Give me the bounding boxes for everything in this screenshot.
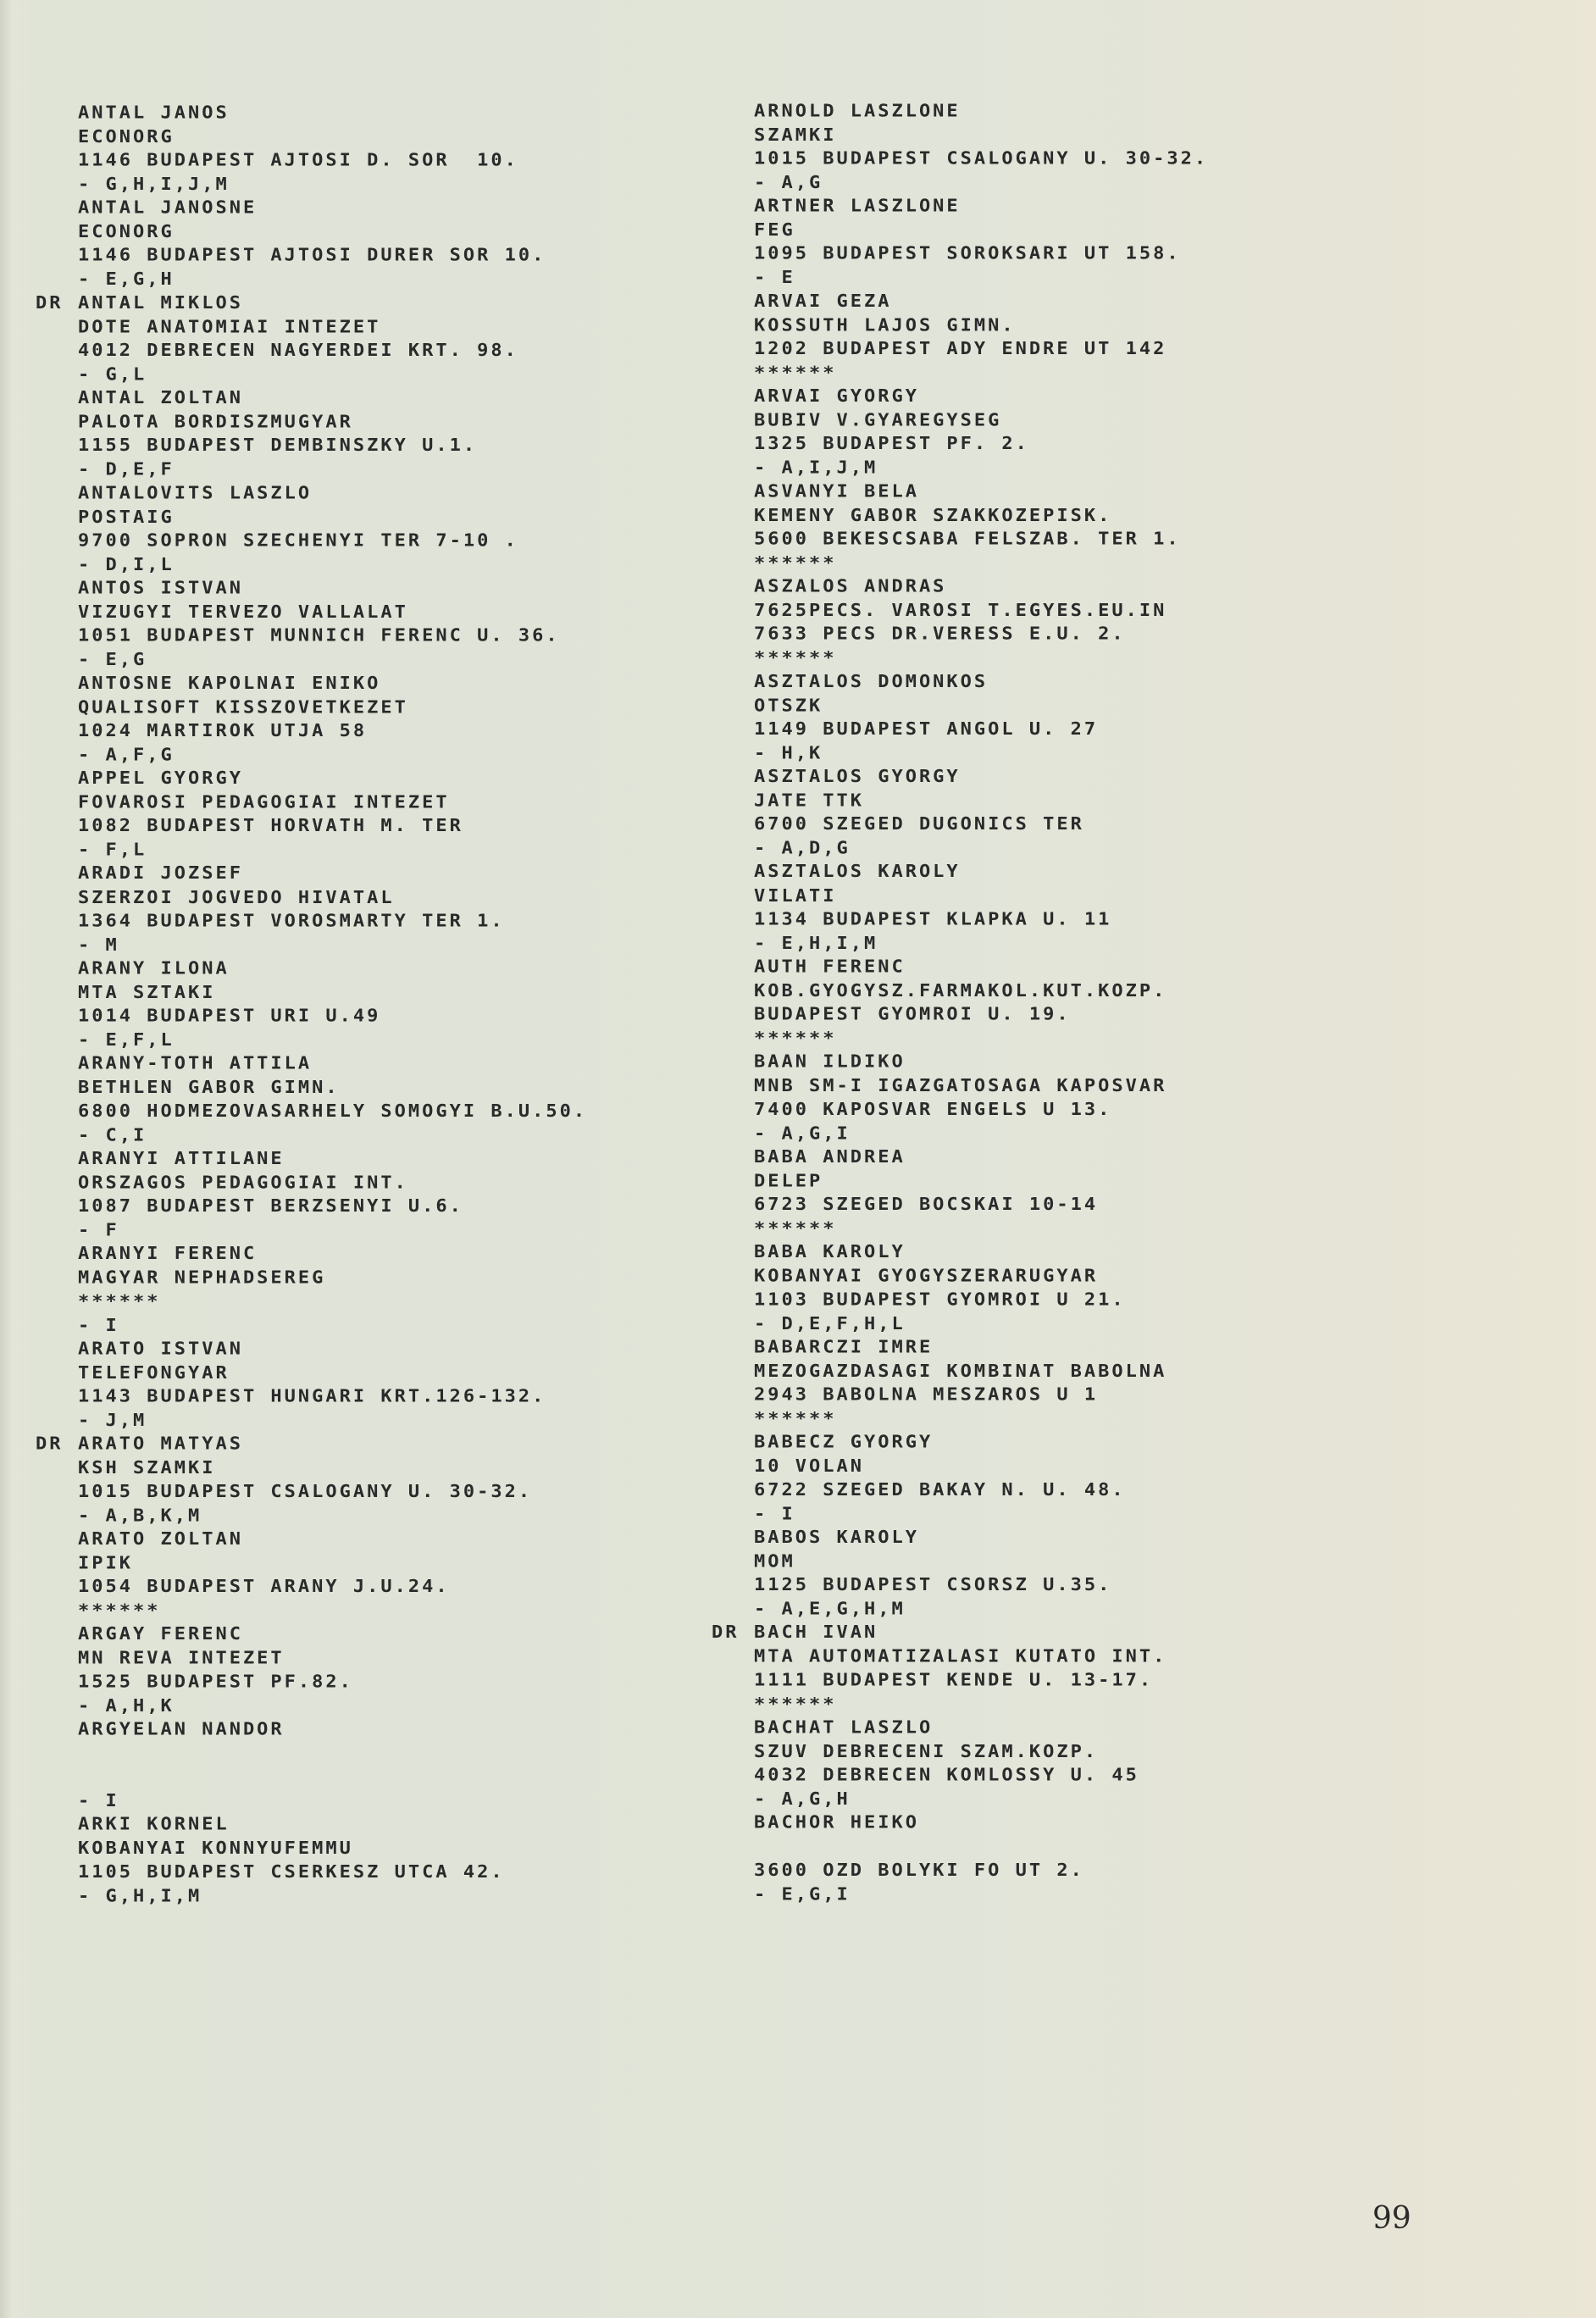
entry-organization: JATE TTK bbox=[754, 790, 1516, 813]
directory-entry: ARANY-TOTH ATTILABETHLEN GABOR GIMN.6800… bbox=[78, 1052, 722, 1147]
entry-organization: KOBANYAI KONNYUFEMMU bbox=[78, 1837, 722, 1860]
directory-entry: AUTH FERENCKOB.GYOGYSZ.FARMAKOL.KUT.KOZP… bbox=[754, 956, 1516, 1051]
entry-name: ARVAI GYORGY bbox=[754, 385, 1516, 409]
entry-name: ARKI KORNEL bbox=[78, 1813, 722, 1837]
entry-address: 1015 BUDAPEST CSALOGANY U. 30-32. bbox=[754, 147, 1516, 171]
entry-organization: KSH SZAMKI bbox=[78, 1456, 722, 1480]
directory-entry: ARGYELAN NANDOR- I bbox=[78, 1718, 722, 1813]
directory-entry: BACHAT LASZLOSZUV DEBRECENI SZAM.KOZP.40… bbox=[754, 1716, 1516, 1811]
entry-name: AUTH FERENC bbox=[754, 956, 1516, 979]
entry-address: 7633 PECS DR.VERESS E.U. 2. bbox=[754, 623, 1516, 646]
person-name: ASVANYI BELA bbox=[754, 482, 919, 502]
directory-entry: BABA KAROLYKOBANYAI GYOGYSZERARUGYAR1103… bbox=[754, 1241, 1516, 1336]
directory-entry: ARVAI GEZAKOSSUTH LAJOS GIMN.1202 BUDAPE… bbox=[754, 290, 1516, 385]
entry-name: DRBACH IVAN bbox=[754, 1622, 1516, 1645]
entry-codes: ****** bbox=[78, 1600, 722, 1623]
entry-organization: KOB.GYOGYSZ.FARMAKOL.KUT.KOZP. bbox=[754, 979, 1516, 1003]
directory-column-left: ANTAL JANOSECONORG1146 BUDAPEST AJTOSI D… bbox=[78, 102, 722, 1909]
entry-codes: - D,E,F bbox=[78, 458, 722, 482]
entry-organization: TELEFONGYAR bbox=[78, 1361, 722, 1385]
entry-organization: VIZUGYI TERVEZO VALLALAT bbox=[78, 601, 722, 624]
entry-address: 3600 OZD BOLYKI FO UT 2. bbox=[754, 1859, 1516, 1883]
entry-codes: - A,I,J,M bbox=[754, 457, 1516, 480]
person-name: ARATO ZOLTAN bbox=[78, 1529, 243, 1549]
entry-organization bbox=[754, 1835, 1516, 1859]
entry-name: BACHOR HEIKO bbox=[754, 1811, 1516, 1835]
entry-codes: - A,H,K bbox=[78, 1694, 722, 1718]
entry-codes: - D,E,F,H,L bbox=[754, 1312, 1516, 1336]
entry-organization: MNB SM-I IGAZGATOSAGA KAPOSVAR bbox=[754, 1074, 1516, 1098]
entry-address: 1095 BUDAPEST SOROKSARI UT 158. bbox=[754, 242, 1516, 266]
entry-codes: - A,F,G bbox=[78, 744, 722, 768]
entry-codes: - A,G bbox=[754, 171, 1516, 195]
entry-address: 4012 DEBRECEN NAGYERDEI KRT. 98. bbox=[78, 340, 722, 363]
directory-entry: ARGAY FERENCMN REVA INTEZET1525 BUDAPEST… bbox=[78, 1623, 722, 1718]
entry-name: ANTOSNE KAPOLNAI ENIKO bbox=[78, 672, 722, 696]
person-name: ARNOLD LASZLONE bbox=[754, 102, 961, 121]
person-name: ARGYELAN NANDOR bbox=[78, 1720, 285, 1739]
entry-codes: - F bbox=[78, 1219, 722, 1243]
entry-organization bbox=[78, 1742, 722, 1766]
entry-codes: ****** bbox=[754, 1693, 1516, 1716]
entry-address: 9700 SOPRON SZECHENYI TER 7-10 . bbox=[78, 530, 722, 553]
person-name: BABOS KAROLY bbox=[754, 1528, 919, 1547]
entry-name: DRANTAL MIKLOS bbox=[78, 291, 722, 315]
entry-organization: MOM bbox=[754, 1550, 1516, 1574]
directory-entry: DRANTAL MIKLOSDOTE ANATOMIAI INTEZET4012… bbox=[78, 291, 722, 386]
entry-name: ARATO ZOLTAN bbox=[78, 1528, 722, 1552]
directory-entry: BAAN ILDIKOMNB SM-I IGAZGATOSAGA KAPOSVA… bbox=[754, 1051, 1516, 1145]
entry-address: 1082 BUDAPEST HORVATH M. TER bbox=[78, 815, 722, 839]
entry-address: 5600 BEKESCSABA FELSZAB. TER 1. bbox=[754, 528, 1516, 552]
entry-organization: MEZOGAZDASAGI KOMBINAT BABOLNA bbox=[754, 1360, 1516, 1384]
entry-name: BABOS KAROLY bbox=[754, 1527, 1516, 1550]
entry-organization: SZERZOI JOGVEDO HIVATAL bbox=[78, 886, 722, 910]
entry-address: ****** bbox=[78, 1290, 722, 1314]
entry-address: 6723 SZEGED BOCSKAI 10-14 bbox=[754, 1194, 1516, 1217]
entry-organization: MTA SZTAKI bbox=[78, 981, 722, 1005]
directory-entry: ANTAL JANOSNEECONORG1146 BUDAPEST AJTOSI… bbox=[78, 197, 722, 291]
entry-address: 1125 BUDAPEST CSORSZ U.35. bbox=[754, 1574, 1516, 1598]
entry-name: ASZTALOS GYORGY bbox=[754, 766, 1516, 790]
entry-organization: SZAMKI bbox=[754, 124, 1516, 147]
entry-codes: - E,G,I bbox=[754, 1883, 1516, 1907]
entry-address: 1143 BUDAPEST HUNGARI KRT.126-132. bbox=[78, 1385, 722, 1409]
directory-entry: ARANY ILONAMTA SZTAKI1014 BUDAPEST URI U… bbox=[78, 957, 722, 1052]
entry-address: 1111 BUDAPEST KENDE U. 13-17. bbox=[754, 1669, 1516, 1693]
person-name: ARVAI GYORGY bbox=[754, 387, 919, 407]
entry-organization: PALOTA BORDISZMUGYAR bbox=[78, 411, 722, 435]
entry-address: 1103 BUDAPEST GYOMROI U 21. bbox=[754, 1289, 1516, 1312]
entry-organization: SZUV DEBRECENI SZAM.KOZP. bbox=[754, 1740, 1516, 1764]
entry-address: 1202 BUDAPEST ADY ENDRE UT 142 bbox=[754, 338, 1516, 362]
directory-entry: ASVANYI BELAKEMENY GABOR SZAKKOZEPISK.56… bbox=[754, 480, 1516, 575]
person-name: ANTAL ZOLTAN bbox=[78, 389, 243, 408]
entry-name: BABARCZI IMRE bbox=[754, 1336, 1516, 1360]
entry-address: 1014 BUDAPEST URI U.49 bbox=[78, 1005, 722, 1029]
entry-codes: - I bbox=[78, 1789, 722, 1813]
entry-name: BABA KAROLY bbox=[754, 1241, 1516, 1265]
entry-address: 1024 MARTIROK UTJA 58 bbox=[78, 720, 722, 744]
entry-codes: - A,E,G,H,M bbox=[754, 1598, 1516, 1622]
person-name: BABARCZI IMRE bbox=[754, 1338, 933, 1357]
person-name: ARANYI ATTILANE bbox=[78, 1149, 285, 1168]
entry-name: ARGAY FERENC bbox=[78, 1623, 722, 1647]
entry-organization: DOTE ANATOMIAI INTEZET bbox=[78, 316, 722, 340]
person-name: ANTALOVITS LASZLO bbox=[78, 484, 312, 503]
entry-address bbox=[78, 1766, 722, 1789]
person-name: ARADI JOZSEF bbox=[78, 864, 243, 884]
person-name: ARATO MATYAS bbox=[78, 1434, 243, 1454]
entry-address: 4032 DEBRECEN KOMLOSSY U. 45 bbox=[754, 1764, 1516, 1788]
entry-address: 1155 BUDAPEST DEMBINSZKY U.1. bbox=[78, 435, 722, 458]
directory-entry: ARANYI ATTILANEORSZAGOS PEDAGOGIAI INT.1… bbox=[78, 1148, 722, 1243]
entry-address: 2943 BABOLNA MESZAROS U 1 bbox=[754, 1384, 1516, 1407]
entry-name: BABECZ GYORGY bbox=[754, 1431, 1516, 1455]
entry-name: DRARATO MATYAS bbox=[78, 1433, 722, 1456]
person-name: BACH IVAN bbox=[754, 1623, 878, 1643]
entry-codes: - D,I,L bbox=[78, 553, 722, 577]
entry-codes: - M bbox=[78, 934, 722, 957]
directory-entry: ARANYI FERENCMAGYAR NEPHADSEREG******- I bbox=[78, 1243, 722, 1338]
entry-address: 6700 SZEGED DUGONICS TER bbox=[754, 813, 1516, 837]
entry-codes: - G,L bbox=[78, 363, 722, 387]
entry-address: 1364 BUDAPEST VOROSMARTY TER 1. bbox=[78, 910, 722, 934]
entry-name: BACHAT LASZLO bbox=[754, 1716, 1516, 1740]
person-name: ARANY ILONA bbox=[78, 959, 230, 979]
entry-organization: FEG bbox=[754, 219, 1516, 242]
entry-organization: ECONORG bbox=[78, 125, 722, 149]
entry-codes: - E bbox=[754, 266, 1516, 290]
directory-entry: BABOS KAROLYMOM1125 BUDAPEST CSORSZ U.35… bbox=[754, 1527, 1516, 1622]
directory-entry: ANTOSNE KAPOLNAI ENIKOQUALISOFT KISSZOVE… bbox=[78, 672, 722, 767]
entry-organization: 7625PECS. VAROSI T.EGYES.EU.IN bbox=[754, 599, 1516, 623]
entry-name: ASZTALOS DOMONKOS bbox=[754, 670, 1516, 694]
directory-entry: BABA ANDREADELEP6723 SZEGED BOCSKAI 10-1… bbox=[754, 1146, 1516, 1241]
entry-codes: ****** bbox=[754, 552, 1516, 575]
title-prefix: DR bbox=[36, 1433, 64, 1456]
directory-entry: ARNOLD LASZLONESZAMKI1015 BUDAPEST CSALO… bbox=[754, 100, 1516, 195]
directory-entry: ARATO ZOLTANIPIK1054 BUDAPEST ARANY J.U.… bbox=[78, 1528, 722, 1623]
entry-address: 1146 BUDAPEST AJTOSI DURER SOR 10. bbox=[78, 244, 722, 268]
entry-name: ARADI JOZSEF bbox=[78, 862, 722, 886]
entry-codes: - F,L bbox=[78, 839, 722, 862]
person-name: ARANYI FERENC bbox=[78, 1245, 257, 1264]
entry-name: ARANY ILONA bbox=[78, 957, 722, 981]
entry-name: ARATO ISTVAN bbox=[78, 1338, 722, 1361]
person-name: ANTAL JANOS bbox=[78, 103, 230, 123]
entry-address: 1134 BUDAPEST KLAPKA U. 11 bbox=[754, 908, 1516, 932]
entry-codes: ****** bbox=[754, 1027, 1516, 1051]
title-prefix: DR bbox=[36, 291, 64, 315]
directory-entry: ASZALOS ANDRAS7625PECS. VAROSI T.EGYES.E… bbox=[754, 575, 1516, 670]
directory-entry: ASZTALOS KAROLYVILATI1134 BUDAPEST KLAPK… bbox=[754, 861, 1516, 956]
entry-name: ARANYI FERENC bbox=[78, 1243, 722, 1267]
directory-entry: ARVAI GYORGYBUBIV V.GYAREGYSEG1325 BUDAP… bbox=[754, 385, 1516, 480]
entry-address: 1015 BUDAPEST CSALOGANY U. 30-32. bbox=[78, 1480, 722, 1504]
entry-name: BAAN ILDIKO bbox=[754, 1051, 1516, 1074]
entry-codes: - E,F,L bbox=[78, 1029, 722, 1052]
person-name: ANTOS ISTVAN bbox=[78, 579, 243, 598]
entry-organization: KOSSUTH LAJOS GIMN. bbox=[754, 314, 1516, 338]
entry-organization: 10 VOLAN bbox=[754, 1455, 1516, 1478]
entry-codes: - A,G,H bbox=[754, 1788, 1516, 1811]
entry-address: 1149 BUDAPEST ANGOL U. 27 bbox=[754, 718, 1516, 742]
entry-organization: BETHLEN GABOR GIMN. bbox=[78, 1076, 722, 1100]
entry-name: ARANY-TOTH ATTILA bbox=[78, 1052, 722, 1076]
directory-entry: ANTAL JANOSECONORG1146 BUDAPEST AJTOSI D… bbox=[78, 102, 722, 197]
entry-address: 1087 BUDAPEST BERZSENYI U.6. bbox=[78, 1195, 722, 1219]
directory-entry: ARTNER LASZLONEFEG1095 BUDAPEST SOROKSAR… bbox=[754, 195, 1516, 290]
directory-entry: ARADI JOZSEFSZERZOI JOGVEDO HIVATAL1364 … bbox=[78, 862, 722, 957]
person-name: BABA ANDREA bbox=[754, 1147, 906, 1167]
person-name: APPEL GYORGY bbox=[78, 769, 243, 789]
person-name: ASZALOS ANDRAS bbox=[754, 577, 946, 596]
entry-address: 1146 BUDAPEST AJTOSI D. SOR 10. bbox=[78, 149, 722, 173]
entry-organization: MAGYAR NEPHADSEREG bbox=[78, 1267, 722, 1290]
person-name: BACHOR HEIKO bbox=[754, 1813, 919, 1833]
entry-address: BUDAPEST GYOMROI U. 19. bbox=[754, 1003, 1516, 1027]
page-number: 99 bbox=[1372, 2201, 1411, 2236]
entry-codes: - A,B,K,M bbox=[78, 1505, 722, 1528]
person-name: BABECZ GYORGY bbox=[754, 1433, 933, 1452]
person-name: BAAN ILDIKO bbox=[754, 1052, 906, 1072]
entry-name: ANTOS ISTVAN bbox=[78, 577, 722, 601]
entry-codes: ****** bbox=[754, 646, 1516, 670]
entry-address: 1105 BUDAPEST CSERKESZ UTCA 42. bbox=[78, 1860, 722, 1884]
entry-organization: DELEP bbox=[754, 1170, 1516, 1194]
entry-codes: - G,H,I,M bbox=[78, 1885, 722, 1909]
entry-codes: ****** bbox=[754, 1407, 1516, 1431]
entry-address: 7400 KAPOSVAR ENGELS U 13. bbox=[754, 1099, 1516, 1123]
person-name: ARANY-TOTH ATTILA bbox=[78, 1054, 312, 1073]
directory-entry: ARATO ISTVANTELEFONGYAR1143 BUDAPEST HUN… bbox=[78, 1338, 722, 1433]
directory-entry: BABECZ GYORGY10 VOLAN6722 SZEGED BAKAY N… bbox=[754, 1431, 1516, 1526]
directory-entry: ANTAL ZOLTANPALOTA BORDISZMUGYAR1155 BUD… bbox=[78, 387, 722, 482]
entry-address: 1054 BUDAPEST ARANY J.U.24. bbox=[78, 1576, 722, 1600]
person-name: ASZTALOS GYORGY bbox=[754, 768, 961, 787]
directory-entry: ASZTALOS GYORGYJATE TTK6700 SZEGED DUGON… bbox=[754, 766, 1516, 861]
person-name: ARTNER LASZLONE bbox=[754, 197, 961, 216]
directory-entry: ARKI KORNELKOBANYAI KONNYUFEMMU1105 BUDA… bbox=[78, 1813, 722, 1908]
person-name: ARATO ISTVAN bbox=[78, 1339, 243, 1359]
entry-codes: - A,D,G bbox=[754, 837, 1516, 861]
entry-name: ARVAI GEZA bbox=[754, 290, 1516, 313]
entry-organization: QUALISOFT KISSZOVETKEZET bbox=[78, 696, 722, 720]
entry-name: BABA ANDREA bbox=[754, 1146, 1516, 1170]
entry-name: ANTALOVITS LASZLO bbox=[78, 482, 722, 506]
entry-address: 1525 BUDAPEST PF.82. bbox=[78, 1671, 722, 1694]
entry-name: ARTNER LASZLONE bbox=[754, 195, 1516, 219]
entry-organization: KEMENY GABOR SZAKKOZEPISK. bbox=[754, 504, 1516, 528]
person-name: ARKI KORNEL bbox=[78, 1815, 230, 1834]
entry-codes: ****** bbox=[754, 362, 1516, 385]
directory-entry: BACHOR HEIKO3600 OZD BOLYKI FO UT 2.- E,… bbox=[754, 1811, 1516, 1906]
entry-codes: - E,H,I,M bbox=[754, 932, 1516, 956]
entry-organization: OTSZK bbox=[754, 695, 1516, 718]
entry-codes: - H,K bbox=[754, 742, 1516, 766]
entry-name: ARNOLD LASZLONE bbox=[754, 100, 1516, 124]
person-name: ASZTALOS DOMONKOS bbox=[754, 672, 988, 691]
entry-organization: VILATI bbox=[754, 884, 1516, 908]
entry-codes: - I bbox=[754, 1503, 1516, 1527]
entry-codes: - J,M bbox=[78, 1409, 722, 1433]
directory-entry: BABARCZI IMREMEZOGAZDASAGI KOMBINAT BABO… bbox=[754, 1336, 1516, 1431]
entry-organization: MN REVA INTEZET bbox=[78, 1647, 722, 1671]
entry-codes: - G,H,I,J,M bbox=[78, 173, 722, 197]
entry-name: ANTAL JANOSNE bbox=[78, 197, 722, 220]
person-name: BABA KAROLY bbox=[754, 1243, 906, 1262]
entry-organization: MTA AUTOMATIZALASI KUTATO INT. bbox=[754, 1645, 1516, 1669]
entry-name: ASVANYI BELA bbox=[754, 480, 1516, 504]
directory-entry: DRBACH IVANMTA AUTOMATIZALASI KUTATO INT… bbox=[754, 1622, 1516, 1716]
entry-name: ARGYELAN NANDOR bbox=[78, 1718, 722, 1742]
entry-organization: BUBIV V.GYAREGYSEG bbox=[754, 409, 1516, 433]
title-prefix: DR bbox=[712, 1622, 740, 1645]
person-name: ANTAL JANOSNE bbox=[78, 198, 257, 218]
person-name: ARVAI GEZA bbox=[754, 291, 891, 311]
entry-organization: ECONORG bbox=[78, 220, 722, 244]
directory-entry: ANTALOVITS LASZLOPOSTAIG9700 SOPRON SZEC… bbox=[78, 482, 722, 577]
entry-codes: - I bbox=[78, 1314, 722, 1338]
entry-organization: ORSZAGOS PEDAGOGIAI INT. bbox=[78, 1172, 722, 1195]
person-name: ANTAL MIKLOS bbox=[78, 293, 243, 313]
directory-column-right: ARNOLD LASZLONESZAMKI1015 BUDAPEST CSALO… bbox=[754, 100, 1516, 1907]
entry-organization: KOBANYAI GYOGYSZERARUGYAR bbox=[754, 1265, 1516, 1289]
entry-name: ANTAL JANOS bbox=[78, 102, 722, 125]
entry-name: ASZALOS ANDRAS bbox=[754, 575, 1516, 599]
directory-entry: DRARATO MATYASKSH SZAMKI1015 BUDAPEST CS… bbox=[78, 1433, 722, 1528]
entry-codes: - E,G bbox=[78, 648, 722, 672]
entry-address: 6800 HODMEZOVASARHELY SOMOGYI B.U.50. bbox=[78, 1101, 722, 1124]
entry-codes: - C,I bbox=[78, 1124, 722, 1148]
entry-organization: POSTAIG bbox=[78, 506, 722, 530]
entry-address: 1051 BUDAPEST MUNNICH FERENC U. 36. bbox=[78, 624, 722, 648]
directory-entry: ASZTALOS DOMONKOSOTSZK1149 BUDAPEST ANGO… bbox=[754, 670, 1516, 765]
person-name: ANTOSNE KAPOLNAI ENIKO bbox=[78, 674, 380, 693]
entry-organization: IPIK bbox=[78, 1552, 722, 1576]
directory-entry: APPEL GYORGYFOVAROSI PEDAGOGIAI INTEZET1… bbox=[78, 768, 722, 862]
entry-address: 1325 BUDAPEST PF. 2. bbox=[754, 433, 1516, 457]
person-name: ASZTALOS KAROLY bbox=[754, 862, 961, 882]
entry-codes: - A,G,I bbox=[754, 1123, 1516, 1146]
directory-entry: ANTOS ISTVANVIZUGYI TERVEZO VALLALAT1051… bbox=[78, 577, 722, 672]
entry-name: ARANYI ATTILANE bbox=[78, 1148, 722, 1172]
entry-codes: - E,G,H bbox=[78, 268, 722, 291]
entry-name: APPEL GYORGY bbox=[78, 768, 722, 791]
entry-name: ASZTALOS KAROLY bbox=[754, 861, 1516, 884]
person-name: ARGAY FERENC bbox=[78, 1625, 243, 1644]
person-name: BACHAT LASZLO bbox=[754, 1718, 933, 1738]
entry-organization: FOVAROSI PEDAGOGIAI INTEZET bbox=[78, 791, 722, 815]
entry-name: ANTAL ZOLTAN bbox=[78, 387, 722, 411]
entry-address: 6722 SZEGED BAKAY N. U. 48. bbox=[754, 1478, 1516, 1502]
entry-codes: ****** bbox=[754, 1217, 1516, 1241]
person-name: AUTH FERENC bbox=[754, 957, 906, 977]
